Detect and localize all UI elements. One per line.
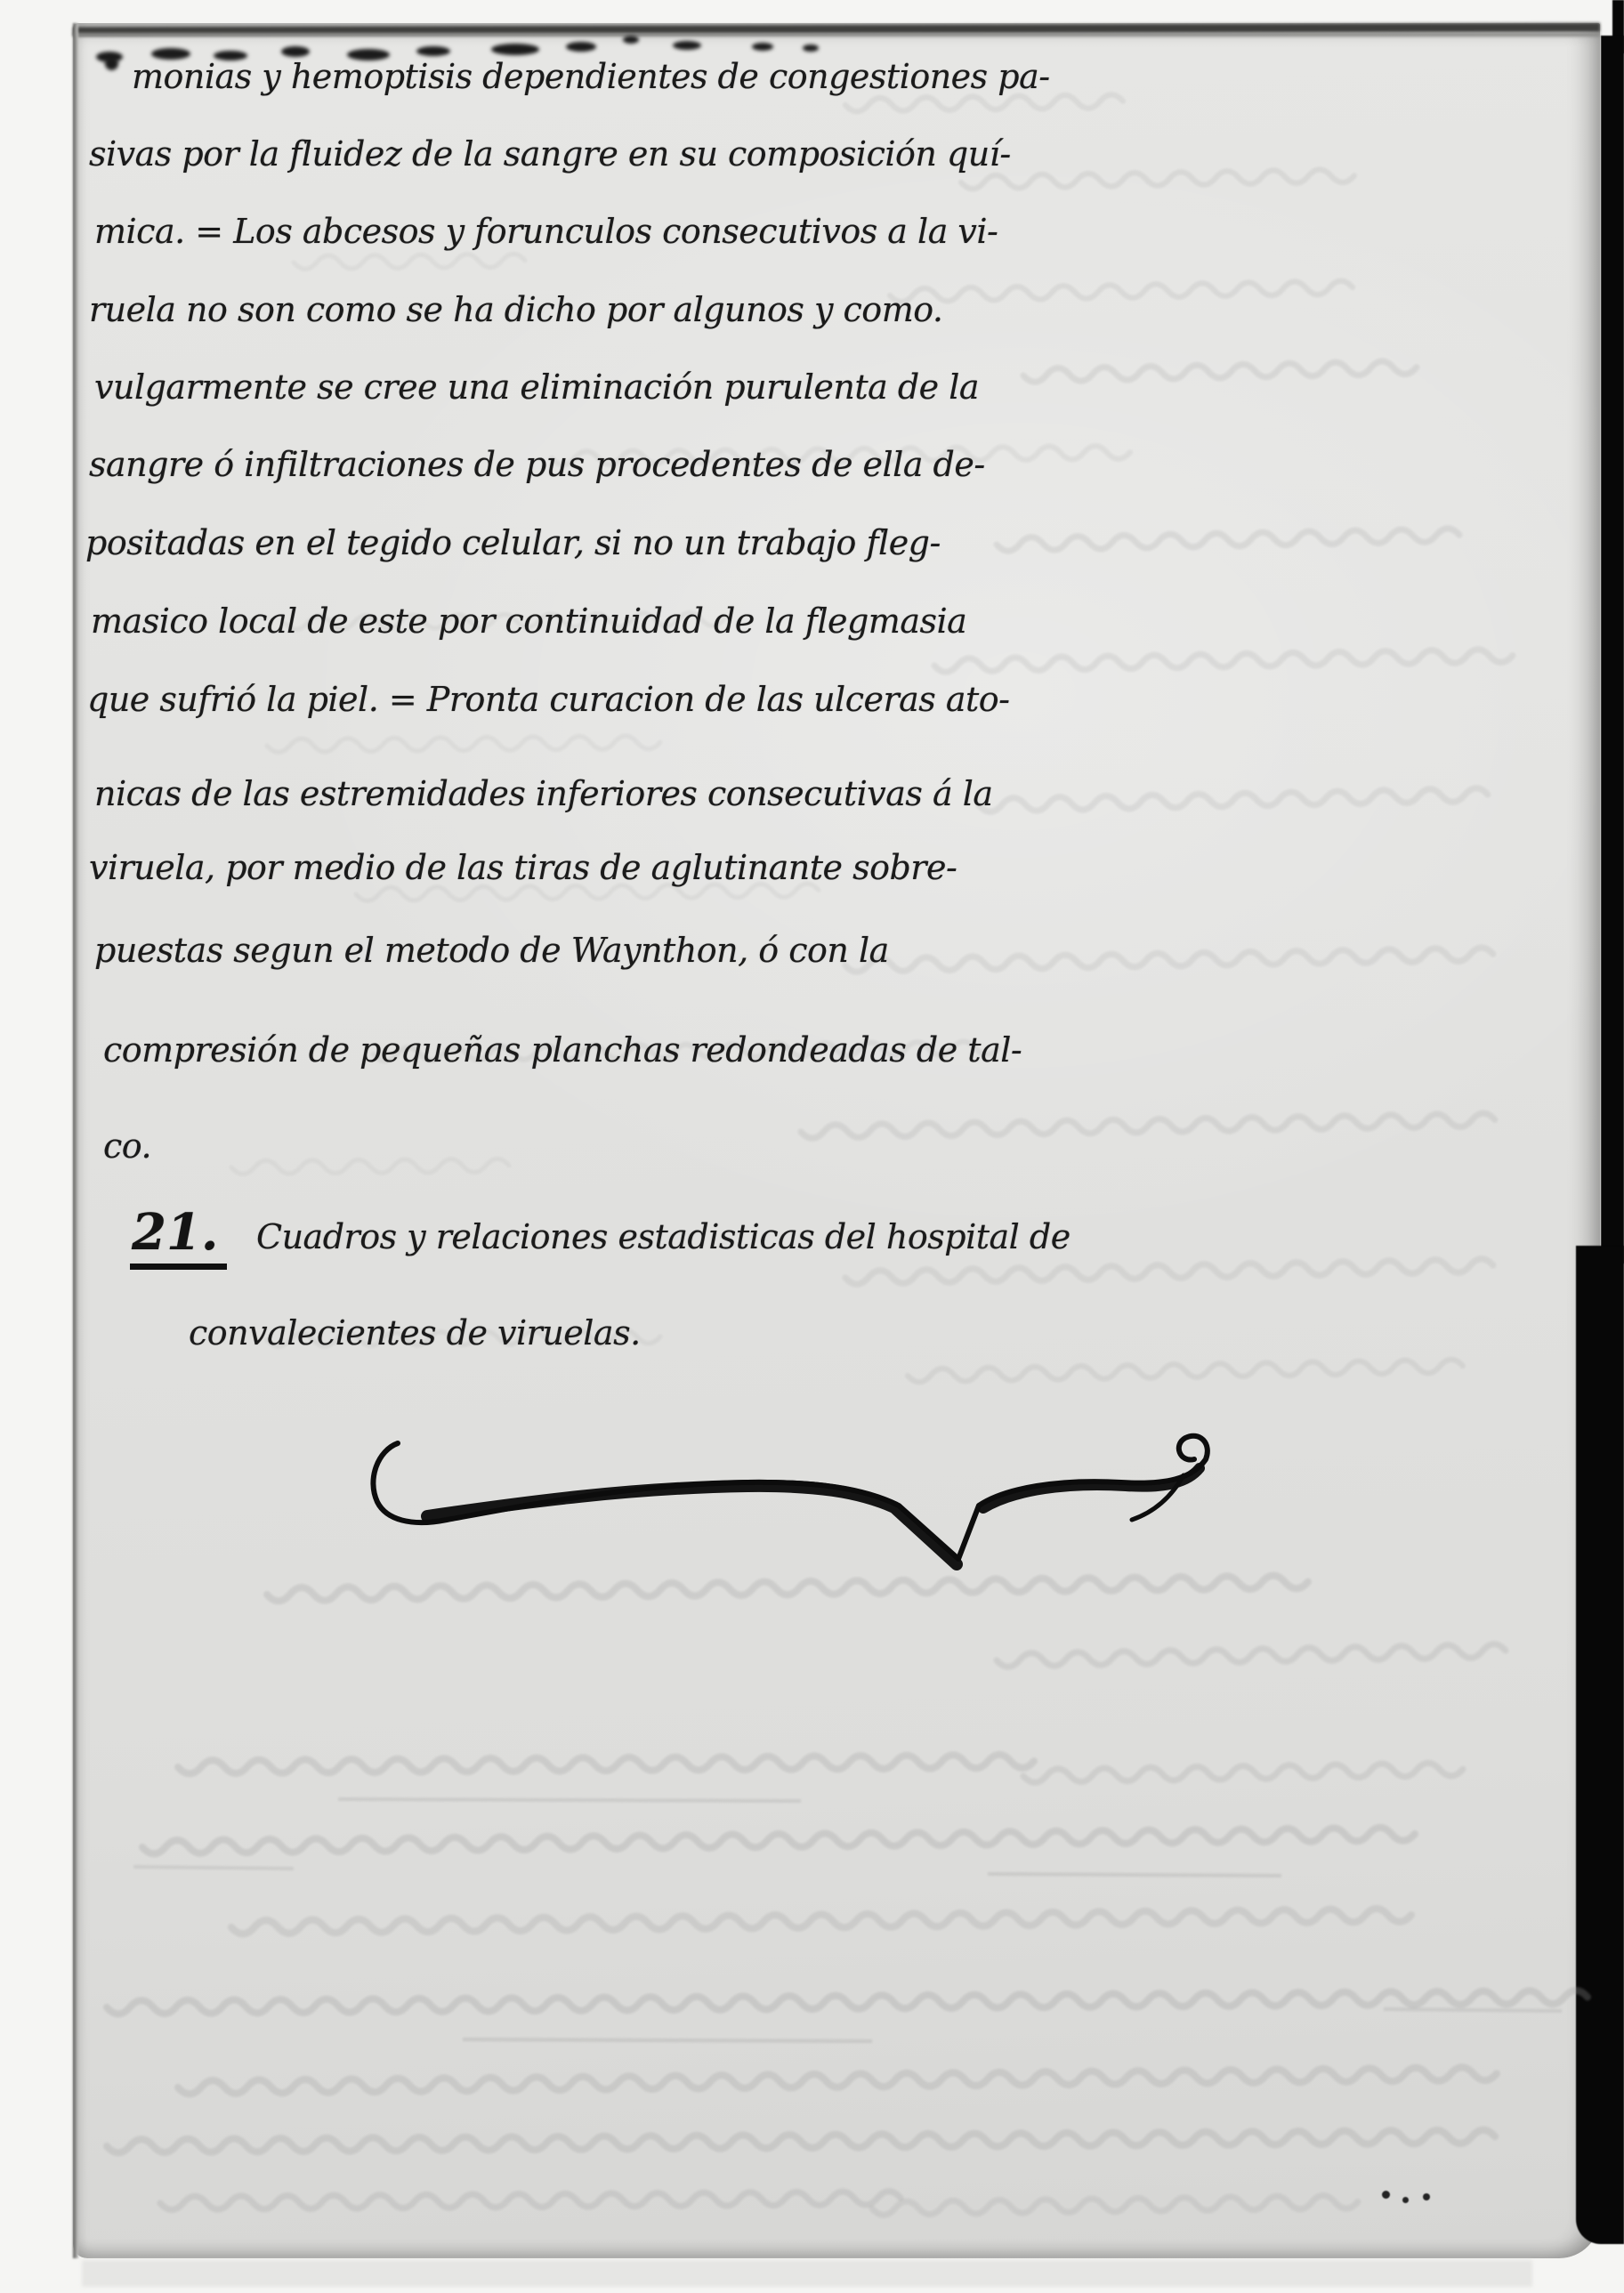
manuscript-line: que sufrió la piel. = Pronta curacion de…: [87, 680, 1010, 719]
manuscript-line: vulgarmente se cree una eliminación puru…: [94, 367, 979, 407]
page-bottom-shadow: [82, 2260, 1532, 2287]
manuscript-line: sangre ó infiltraciones de pus procedent…: [89, 445, 985, 484]
item-21-text-continued: convalecientes de viruelas.: [189, 1313, 641, 1352]
ink-dot: [1402, 2197, 1409, 2203]
manuscript-line: compresión de pequeñas planchas redondea…: [103, 1030, 1022, 1070]
ink-dot: [1382, 2191, 1390, 2199]
ink-smudge: [803, 44, 819, 52]
manuscript-line: nicas de las estremidades inferiores con…: [94, 774, 993, 813]
paper-left-edge: [73, 23, 78, 2258]
scanner-band: [1601, 36, 1624, 1264]
ink-smudge: [105, 57, 118, 70]
ink-smudge: [752, 43, 773, 51]
manuscript-line: positadas en el tegido celular, si no un…: [85, 523, 941, 562]
manuscript-line: monias y hemoptisis dependientes de cong…: [132, 57, 1050, 96]
ink-dot: [1423, 2193, 1430, 2200]
item-number-21: 21.: [130, 1203, 227, 1270]
paper-sheet: [73, 23, 1600, 2258]
manuscript-line: viruela, por medio de las tiras de aglut…: [89, 848, 957, 887]
torn-top-edge-highlight: [73, 33, 1600, 36]
item-21-text: Cuadros y relaciones estadisticas del ho…: [256, 1217, 1071, 1256]
scanned-manuscript-page: monias y hemoptisis dependientes de cong…: [0, 0, 1624, 2293]
ink-smudge: [623, 36, 639, 44]
manuscript-line: co.: [103, 1126, 151, 1166]
manuscript-line: ruela no son como se ha dicho por alguno…: [89, 290, 943, 329]
manuscript-line: masico local de este por continuidad de …: [91, 602, 966, 641]
manuscript-line: sivas por la fluidez de la sangre en su …: [89, 134, 1011, 174]
ink-smudge: [491, 44, 539, 55]
manuscript-line: puestas segun el metodo de Waynthon, ó c…: [94, 931, 889, 970]
ink-smudge: [281, 46, 310, 57]
scanner-band: [1576, 1246, 1624, 2244]
ink-smudge: [416, 46, 450, 56]
flourish-divider: [365, 1424, 1255, 1611]
manuscript-line: mica. = Los abcesos y forunculos consecu…: [94, 212, 998, 251]
ink-smudge: [566, 42, 596, 52]
ink-smudge: [673, 41, 701, 50]
